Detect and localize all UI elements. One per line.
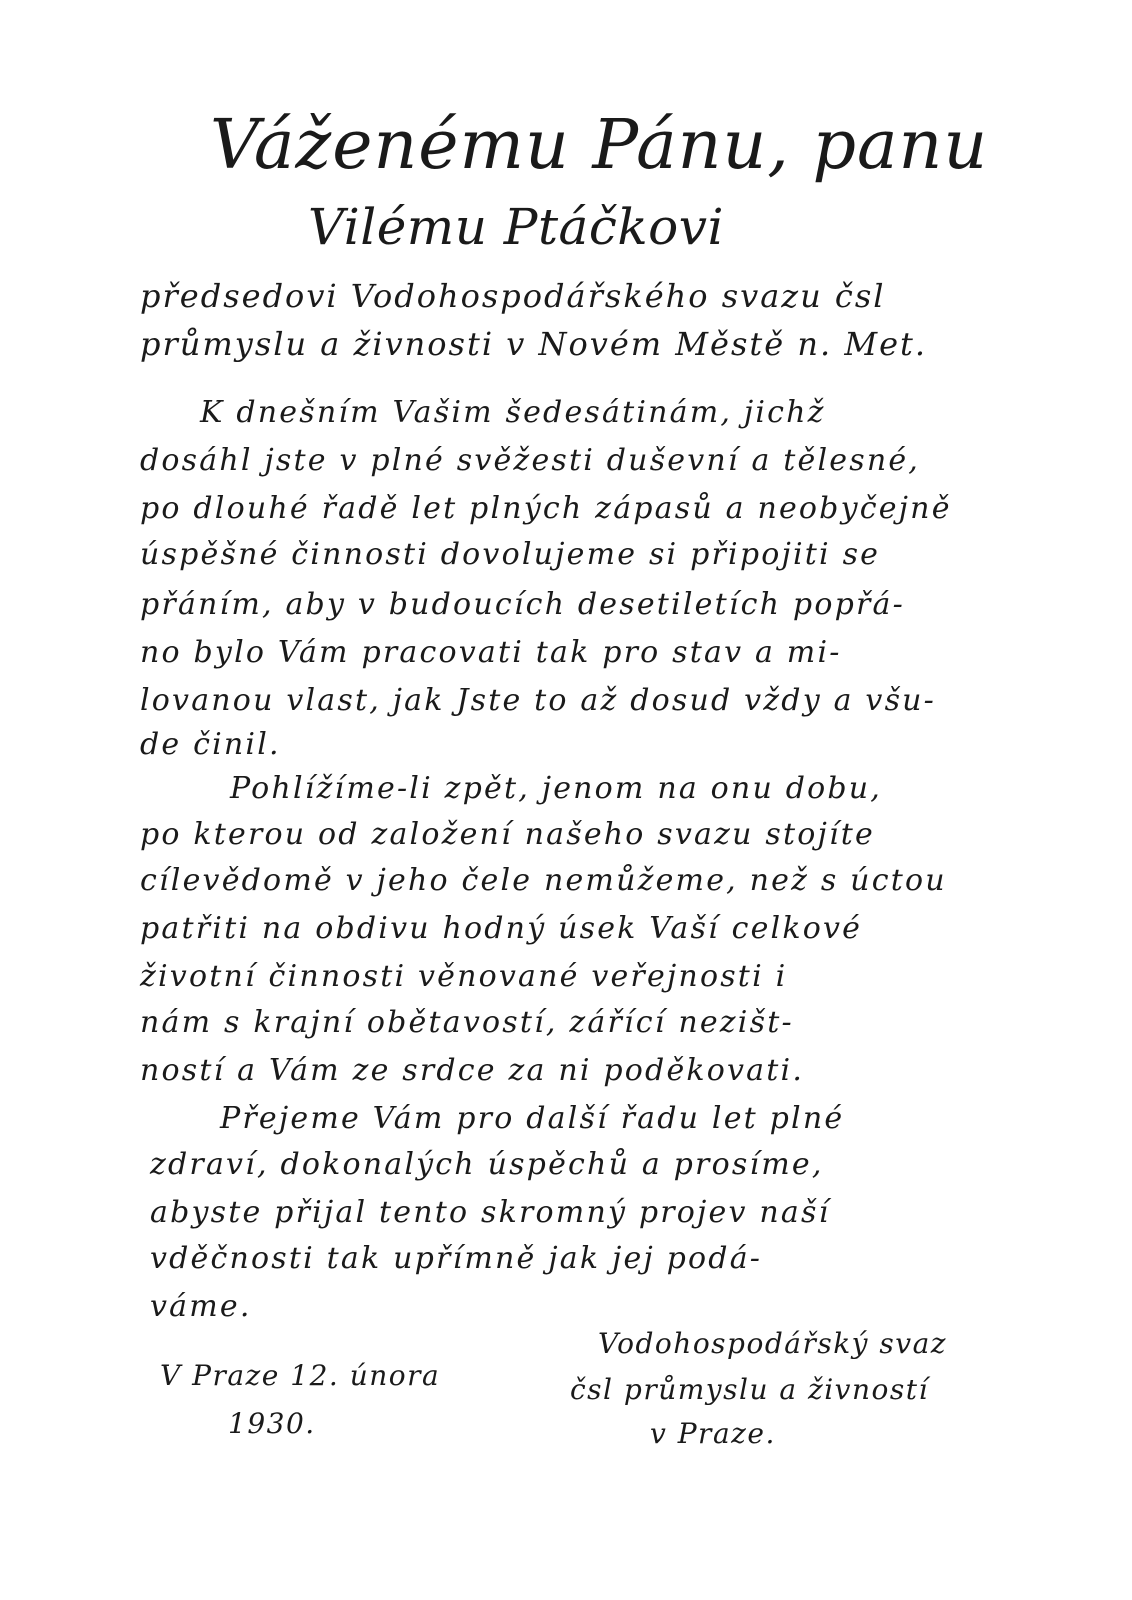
signature-line-1: Vodohospodářský svaz	[598, 1330, 947, 1358]
date-line-place: V Praze 12. února	[160, 1362, 440, 1390]
paragraph-1-line: po dlouhé řadě let plných zápasů a neoby…	[140, 494, 952, 524]
recipient-address-line-1: předsedovi Vodohospodářského svazu čsl	[140, 280, 885, 312]
salutation-line-2: Vilému Ptáčkovi	[308, 202, 724, 252]
paragraph-1-line: dosáhl jste v plné svěžesti duševní a tě…	[140, 446, 920, 476]
paragraph-2-line: patřiti na obdivu hodný úsek Vaší celkov…	[140, 914, 862, 944]
paragraph-3-line: Přejeme Vám pro další řadu let plné	[220, 1104, 844, 1134]
paragraph-2-line: ností a Vám ze srdce za ni poděkovati.	[140, 1056, 804, 1086]
paragraph-2-line: životní činnosti věnované veřejnosti i	[140, 962, 787, 992]
paragraph-3-line: zdraví, dokonalých úspěchů a prosíme,	[150, 1150, 824, 1180]
paragraph-2-line: po kterou od založení našeho svazu stojí…	[140, 820, 875, 850]
letter-page: Váženému Pánu, panu Vilému Ptáčkovi před…	[0, 0, 1132, 1600]
signature-line-3: v Praze.	[650, 1420, 776, 1448]
paragraph-1-line: no bylo Vám pracovati tak pro stav a mi-	[140, 638, 842, 668]
paragraph-1-line: lovanou vlast, jak Jste to až dosud vždy…	[140, 686, 936, 716]
signature-line-2: čsl průmyslu a živností	[570, 1376, 929, 1404]
paragraph-3-line: váme.	[150, 1292, 252, 1322]
paragraph-1-line: úspěšné činnosti dovolujeme si připojiti…	[140, 540, 880, 570]
paragraph-1-line: přáním, aby v budoucích desetiletích pop…	[140, 590, 905, 620]
salutation-line-1: Váženému Pánu, panu	[210, 112, 988, 180]
paragraph-2-line: nám s krajní obětavostí, zářící nezišt-	[140, 1008, 794, 1038]
paragraph-1-line: K dnešním Vašim šedesátinám, jichž	[200, 398, 826, 428]
paragraph-3-line: abyste přijal tento skromný projev naší	[150, 1198, 830, 1228]
paragraph-2-line: cílevědomě v jeho čele nemůžeme, než s ú…	[140, 866, 947, 896]
date-line-year: 1930.	[228, 1410, 316, 1438]
paragraph-2-line: Pohlížíme-li zpět, jenom na onu dobu,	[230, 774, 882, 804]
paragraph-1-line: de činil.	[140, 730, 281, 760]
paragraph-3-line: vděčnosti tak upřímně jak jej podá-	[150, 1244, 762, 1274]
recipient-address-line-2: průmyslu a živnosti v Novém Městě n. Met…	[140, 328, 927, 360]
